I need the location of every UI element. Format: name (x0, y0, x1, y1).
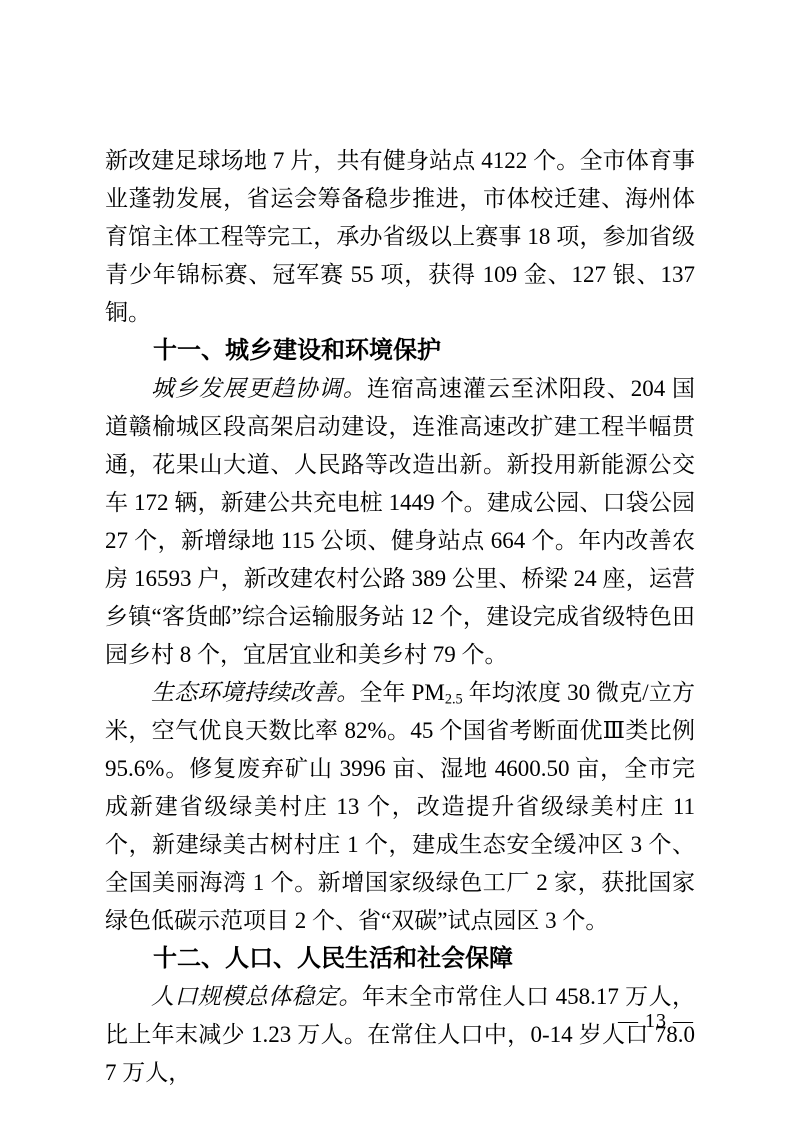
section-heading-11-urban-construction: 十一、城乡建设和环境保护 (105, 332, 695, 370)
section-heading-12-population: 十二、人口、人民生活和社会保障 (105, 940, 695, 978)
paragraph-ecology: 生态环境持续改善。全年 PM2.5 年均浓度 30 微克/立方米，空气优良天数比… (105, 674, 695, 940)
paragraph-ecology-body-pre: 全年 PM (359, 680, 444, 705)
pm25-subscript: 2.5 (445, 692, 463, 708)
paragraph-urban-rural-body: 连宿高速灌云至沭阳段、204 国道赣榆城区段高架启动建设，连淮高速改扩建工程半幅… (105, 376, 695, 667)
paragraph-urban-rural-development: 城乡发展更趋协调。连宿高速灌云至沭阳段、204 国道赣榆城区段高架启动建设，连淮… (105, 370, 695, 674)
page-number: — 13 — (618, 1008, 694, 1034)
lead-in-population: 人口规模总体稳定。 (151, 984, 362, 1009)
paragraph-ecology-body-post: 年均浓度 30 微克/立方米，空气优良天数比率 82%。45 个国省考断面优Ⅲ类… (105, 680, 695, 933)
lead-in-ecology: 生态环境持续改善。 (151, 680, 359, 705)
paragraph-population: 人口规模总体稳定。年末全市常住人口 458.17 万人，比上年末减少 1.23 … (105, 978, 695, 1092)
lead-in-urban-rural: 城乡发展更趋协调。 (151, 376, 367, 401)
paragraph-sports-continued: 新改建足球场地 7 片，共有健身站点 4122 个。全市体育事业蓬勃发展，省运会… (105, 142, 695, 332)
document-page: 新改建足球场地 7 片，共有健身站点 4122 个。全市体育事业蓬勃发展，省运会… (0, 0, 794, 1123)
document-content: 新改建足球场地 7 片，共有健身站点 4122 个。全市体育事业蓬勃发展，省运会… (105, 142, 695, 1092)
